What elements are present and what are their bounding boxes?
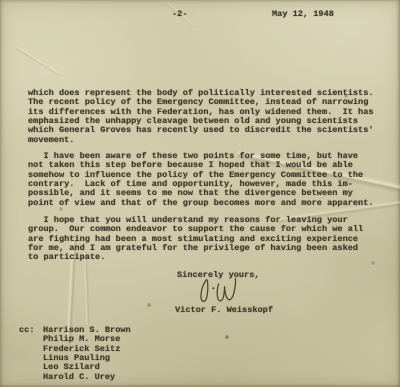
cc-label: cc: [19, 326, 34, 335]
paper-crease-left-vertical-2 [83, 252, 91, 324]
cc-names-list: Harrison S. Brown Philip M. Morse Freder… [43, 326, 131, 382]
signature-handwritten-initials [195, 276, 243, 308]
paragraph-2: I have been aware of these two points fo… [28, 152, 374, 208]
paragraph-1: which does represent the body of politic… [28, 89, 374, 145]
cc-name: Harold C. Urey [43, 373, 131, 382]
letter-date: May 12, 1948 [272, 10, 334, 19]
paper-crease-top-left [14, 44, 61, 77]
paragraph-3: I hope that you will understand my reaso… [28, 216, 363, 263]
page-number: -2- [172, 10, 187, 19]
letter-page: -2- May 12, 1948 which does represent th… [0, 0, 400, 387]
paper-specks [0, 0, 2, 2]
signed-name: Victor F. Weisskopf [175, 306, 273, 315]
